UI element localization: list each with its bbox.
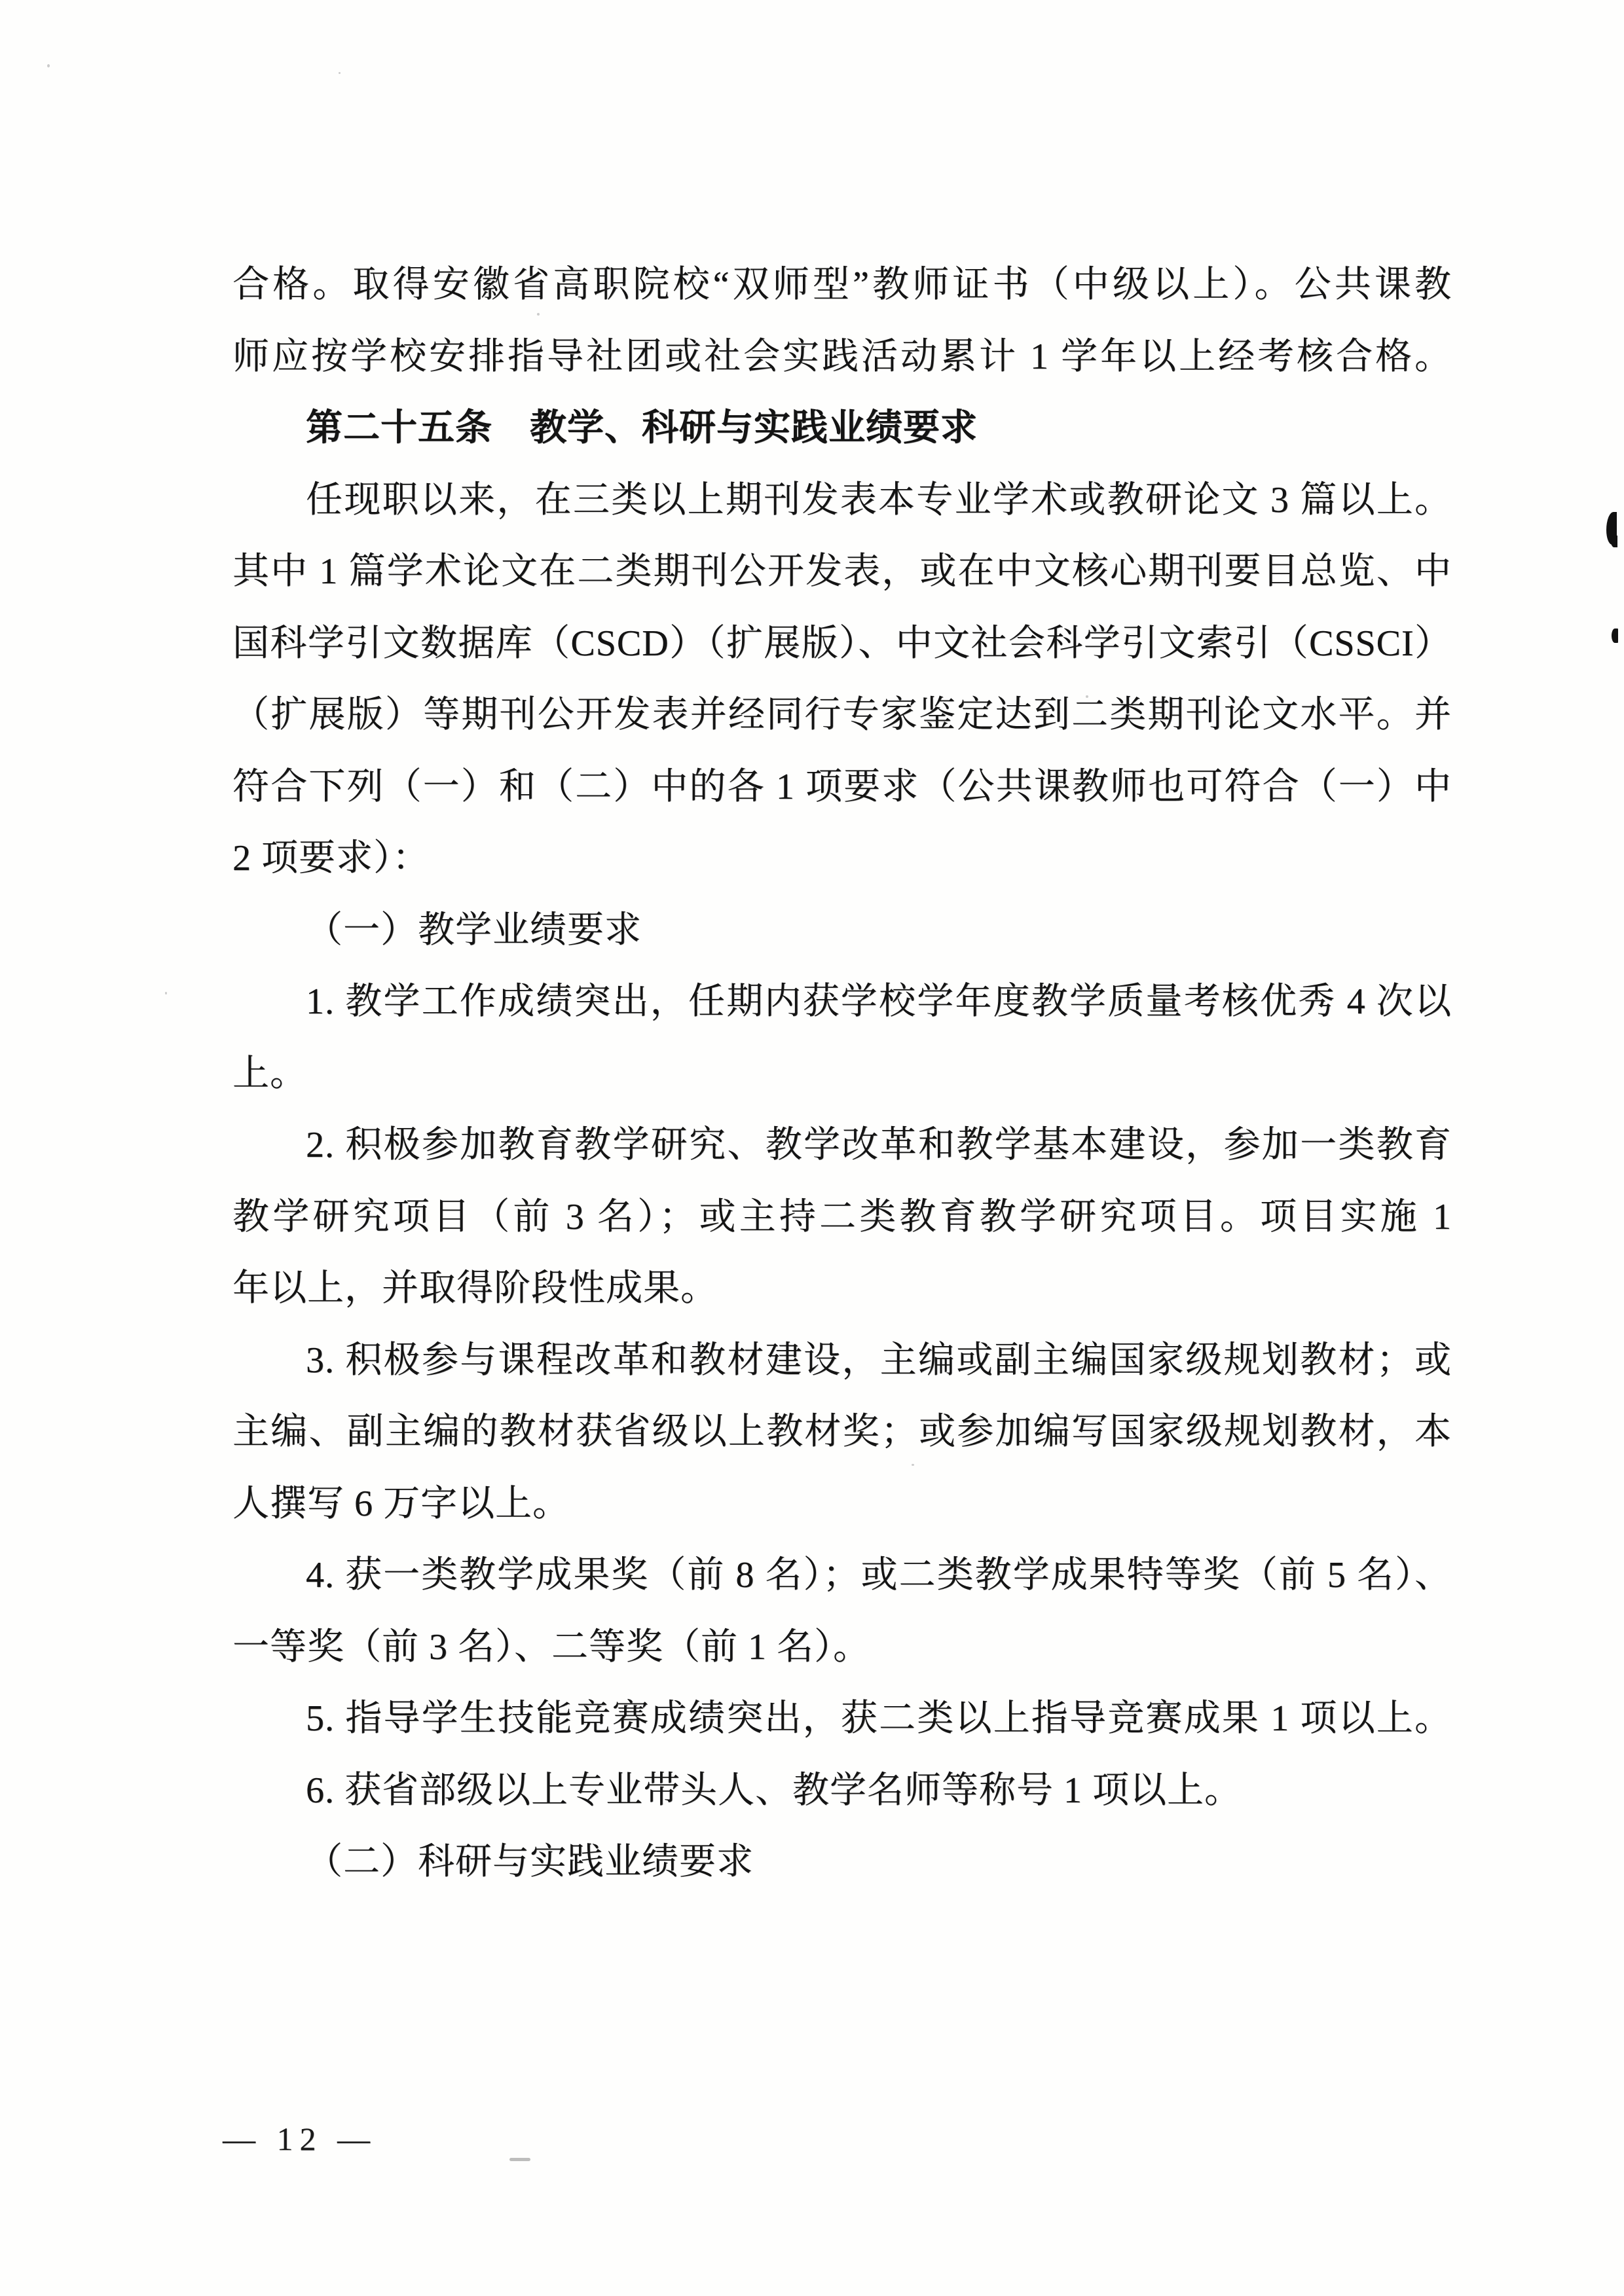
text-line: 人撰写 6 万字以上。	[232, 1468, 1452, 1540]
text-line: 任现职以来，在三类以上期刊发表本专业学术或教研论文 3 篇以上。	[232, 465, 1452, 537]
text-line: （扩展版）等期刊公开发表并经同行专家鉴定达到二类期刊论文水平。并	[232, 680, 1452, 752]
scanned-page: 合格。取得安徽省高职院校“双师型”教师证书（中级以上）。公共课教师应按学校安排指…	[0, 0, 1624, 2296]
text-line: 教学研究项目（前 3 名）；或主持二类教育教学研究项目。项目实施 1	[232, 1182, 1452, 1254]
text-line: 年以上，并取得阶段性成果。	[232, 1253, 1452, 1325]
text-line: 合格。取得安徽省高职院校“双师型”教师证书（中级以上）。公共课教	[232, 249, 1452, 321]
text-line: 4. 获一类教学成果奖（前 8 名）；或二类教学成果特等奖（前 5 名）、	[232, 1540, 1452, 1612]
text-line: 5. 指导学生技能竞赛成绩突出，获二类以上指导竞赛成果 1 项以上。	[232, 1683, 1452, 1755]
text-line: 一等奖（前 3 名）、二等奖（前 1 名）。	[232, 1612, 1452, 1684]
scan-artifact-speck	[1086, 695, 1088, 698]
page-number: — 12 —	[223, 2120, 377, 2158]
scan-artifact-edge-mark	[1611, 536, 1617, 547]
text-line: 6. 获省部级以上专业带头人、教学名师等称号 1 项以上。	[232, 1755, 1452, 1827]
text-line: 主编、副主编的教材获省级以上教材奖；或参加编写国家级规划教材，本	[232, 1396, 1452, 1468]
text-line: 上。	[232, 1038, 1452, 1110]
scan-artifact-speck	[339, 72, 341, 74]
text-line: 国科学引文数据库（CSCD）（扩展版）、中文社会科学引文索引（CSSCI）	[232, 608, 1452, 680]
text-line: 2 项要求）：	[232, 823, 1452, 895]
text-line: 符合下列（一）和（二）中的各 1 项要求（公共课教师也可符合（一）中	[232, 752, 1452, 824]
scan-artifact-speck	[165, 992, 167, 994]
text-line: （二）科研与实践业绩要求	[232, 1827, 1452, 1899]
scan-artifact-edge-mark	[1612, 629, 1618, 643]
text-line: 1. 教学工作成绩突出，任期内获学校学年度教学质量考核优秀 4 次以	[232, 966, 1452, 1038]
text-line: 3. 积极参与课程改革和教材建设，主编或副主编国家级规划教材；或	[232, 1325, 1452, 1397]
text-line: 其中 1 篇学术论文在二类期刊公开发表，或在中文核心期刊要目总览、中	[232, 536, 1452, 608]
scan-artifact-speck	[912, 1464, 914, 1466]
scan-artifact-speck	[537, 313, 540, 316]
text-line: 第二十五条 教学、科研与实践业绩要求	[232, 393, 1452, 465]
text-line: 2. 积极参加教育教学研究、教学改革和教学基本建设，参加一类教育	[232, 1110, 1452, 1182]
scan-artifact-speck	[47, 64, 50, 67]
scan-artifact-smudge	[509, 2158, 530, 2161]
text-line: 师应按学校安排指导社团或社会实践活动累计 1 学年以上经考核合格。	[232, 321, 1452, 393]
document-body: 合格。取得安徽省高职院校“双师型”教师证书（中级以上）。公共课教师应按学校安排指…	[232, 249, 1452, 1899]
text-line: （一）教学业绩要求	[232, 895, 1452, 967]
